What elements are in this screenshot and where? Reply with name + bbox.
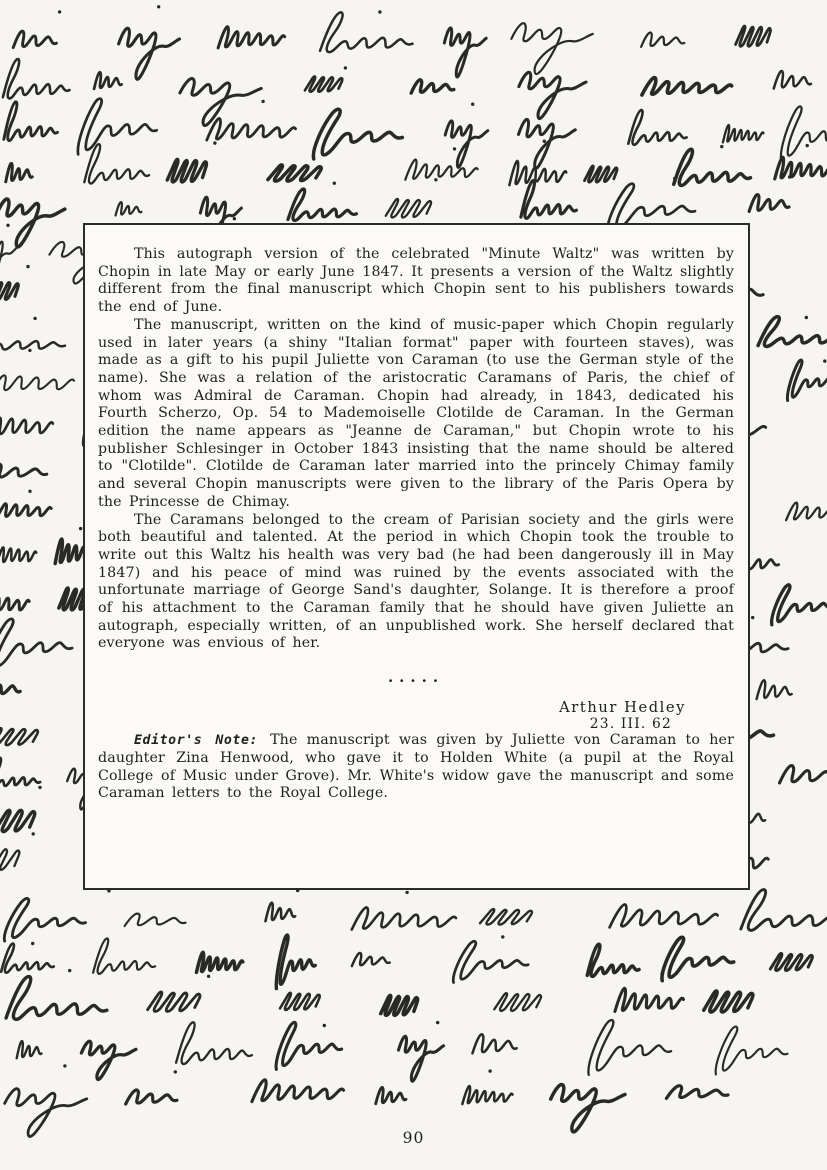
page-number: 90	[0, 1129, 827, 1147]
note-paragraph-3: The Caramans belonged to the cream of Pa…	[98, 512, 734, 654]
editors-note-label: Editor's Note:	[134, 733, 258, 748]
editors-note: Editor's Note:The manuscript was given b…	[98, 732, 734, 803]
section-separator-dots: .....	[98, 668, 734, 686]
signature-name: Arthur Hedley	[98, 699, 734, 716]
note-paragraph-1: This autograph version of the celebrated…	[98, 246, 734, 317]
note-paragraph-2: The manuscript, written on the kind of m…	[98, 317, 734, 512]
signature-date: 23. III. 62	[98, 716, 734, 732]
note-box: This autograph version of the celebrated…	[83, 223, 750, 890]
